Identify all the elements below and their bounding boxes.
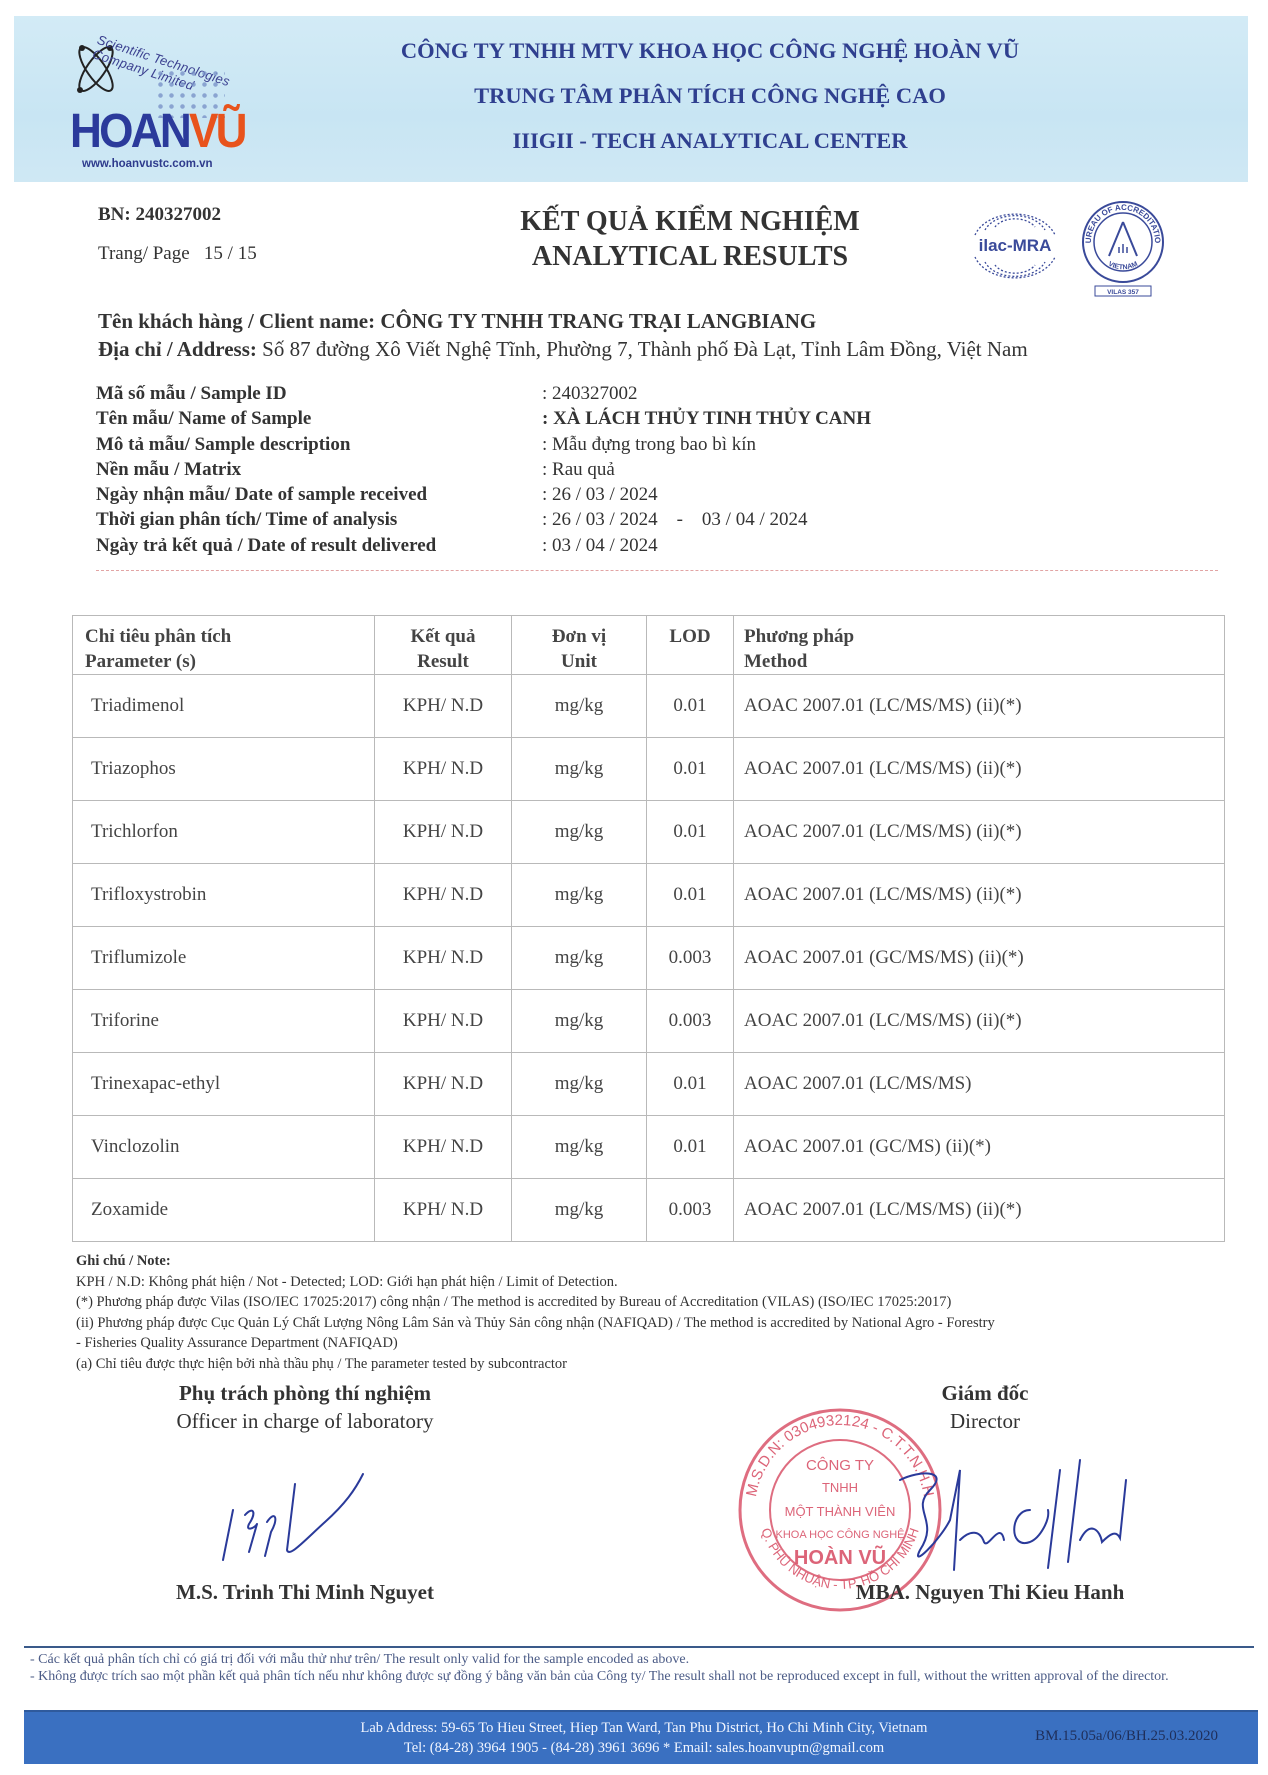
- cell-method: AOAC 2007.01 (LC/MS/MS) (ii)(*): [734, 1179, 1225, 1242]
- cell-method: AOAC 2007.01 (LC/MS/MS) (ii)(*): [734, 801, 1225, 864]
- cell-method: AOAC 2007.01 (LC/MS/MS) (ii)(*): [734, 864, 1225, 927]
- footer-band: Lab Address: 59-65 To Hieu Street, Hiep …: [24, 1710, 1258, 1764]
- cell-method: AOAC 2007.01 (GC/MS) (ii)(*): [734, 1116, 1225, 1179]
- client-address-label: Địa chỉ / Address:: [98, 337, 257, 361]
- document-title-en: ANALYTICAL RESULTS: [440, 239, 940, 274]
- director-name: MBA. Nguyen Thi Kieu Hanh: [820, 1580, 1160, 1605]
- cell-result: KPH/ N.D: [375, 927, 512, 990]
- sample-info-value: : Rau quả: [542, 457, 615, 482]
- cell-result: KPH/ N.D: [375, 675, 512, 738]
- cell-result: KPH/ N.D: [375, 1116, 512, 1179]
- cell-lod: 0.003: [647, 990, 734, 1053]
- table-row: TrifloxystrobinKPH/ N.Dmg/kg0.01AOAC 200…: [73, 864, 1225, 927]
- logo-url: www.hoanvustc.com.vn: [82, 158, 213, 170]
- sample-info-row: Mã số mẫu / Sample ID: 240327002: [96, 381, 871, 406]
- svg-text:CÔNG TY: CÔNG TY: [806, 1457, 874, 1474]
- bureau-accreditation-badge-icon: BUREAU OF ACCREDITATION VIETNAM VILAS 35…: [1073, 198, 1173, 298]
- cell-parameter: Triflumizole: [73, 927, 375, 990]
- table-header-row: Chỉ tiêu phân tíchParameter (s) Kết quảR…: [73, 616, 1225, 675]
- sample-info-row: Ngày nhận mẫu/ Date of sample received: …: [96, 482, 871, 507]
- header-unit: Đơn vịUnit: [512, 616, 647, 675]
- header-result: Kết quảResult: [375, 616, 512, 675]
- table-row: ZoxamideKPH/ N.Dmg/kg0.003AOAC 2007.01 (…: [73, 1179, 1225, 1242]
- cell-method: AOAC 2007.01 (LC/MS/MS) (ii)(*): [734, 738, 1225, 801]
- cell-parameter: Vinclozolin: [73, 1116, 375, 1179]
- director-signature-icon: [880, 1450, 1140, 1580]
- results-table: Chỉ tiêu phân tíchParameter (s) Kết quảR…: [72, 615, 1225, 1242]
- cell-unit: mg/kg: [512, 738, 647, 801]
- page-label: Trang/ Page: [98, 243, 190, 264]
- sample-info-row: Tên mẫu/ Name of Sample: XÀ LÁCH THỦY TI…: [96, 406, 871, 431]
- table-row: VinclozolinKPH/ N.Dmg/kg0.01AOAC 2007.01…: [73, 1116, 1225, 1179]
- company-name: CÔNG TY TNHH MTV KHOA HỌC CÔNG NGHỆ HOÀN…: [330, 36, 1090, 81]
- cell-lod: 0.01: [647, 864, 734, 927]
- lab-officer-name: M.S. Trinh Thi Minh Nguyet: [140, 1580, 470, 1605]
- cell-result: KPH/ N.D: [375, 1179, 512, 1242]
- sample-info-label: Nền mẫu / Matrix: [96, 457, 542, 482]
- cell-lod: 0.003: [647, 927, 734, 990]
- sample-info-value: : 240327002: [542, 381, 638, 406]
- cell-lod: 0.01: [647, 801, 734, 864]
- sample-info-value: : XÀ LÁCH THỦY TINH THỦY CANH: [542, 406, 871, 431]
- lab-address: Lab Address: 59-65 To Hieu Street, Hiep …: [294, 1718, 994, 1738]
- lab-contact: Lab Address: 59-65 To Hieu Street, Hiep …: [294, 1718, 994, 1758]
- cell-parameter: Trichlorfon: [73, 801, 375, 864]
- lab-phone-email: Tel: (84-28) 3964 1905 - (84-28) 3961 36…: [294, 1738, 994, 1758]
- ilac-mra-badge-icon: ilac-MRA: [960, 200, 1070, 290]
- header-method: Phương phápMethod: [734, 616, 1225, 675]
- cell-lod: 0.01: [647, 675, 734, 738]
- note-line: - Fisheries Quality Assurance Department…: [76, 1333, 1236, 1354]
- sample-info-value: : 26 / 03 / 2024 - 03 / 04 / 2024: [542, 507, 807, 532]
- client-name-value: CÔNG TY TNHH TRANG TRẠI LANGBIANG: [380, 309, 816, 333]
- logo-brand-vu: VŨ: [189, 105, 245, 158]
- company-logo: Scientific Technologies Company Limited …: [60, 28, 260, 176]
- client-address-value: Số 87 đường Xô Viết Nghệ Tĩnh, Phường 7,…: [262, 337, 1028, 361]
- table-row: Trinexapac-ethylKPH/ N.Dmg/kg0.01AOAC 20…: [73, 1053, 1225, 1116]
- table-row: TriforineKPH/ N.Dmg/kg0.003AOAC 2007.01 …: [73, 990, 1225, 1053]
- cell-unit: mg/kg: [512, 1179, 647, 1242]
- svg-text:VIETNAM: VIETNAM: [1107, 261, 1139, 272]
- sample-info-value: : 03 / 04 / 2024: [542, 533, 658, 558]
- sample-info-label: Mô tả mẫu/ Sample description: [96, 432, 542, 457]
- header-parameter: Chỉ tiêu phân tíchParameter (s): [73, 616, 375, 675]
- cell-result: KPH/ N.D: [375, 1053, 512, 1116]
- header-lod: LOD: [647, 616, 734, 675]
- table-row: TriazophosKPH/ N.Dmg/kg0.01AOAC 2007.01 …: [73, 738, 1225, 801]
- note-line: (*) Phương pháp được Vilas (ISO/IEC 1702…: [76, 1292, 1236, 1313]
- svg-text:TNHH: TNHH: [822, 1480, 858, 1495]
- svg-text:ilac-MRA: ilac-MRA: [979, 236, 1052, 255]
- lab-officer-title-en: Officer in charge of laboratory: [140, 1407, 470, 1435]
- center-name-en: IIIGII - TECH ANALYTICAL CENTER: [330, 126, 1090, 171]
- cell-parameter: Zoxamide: [73, 1179, 375, 1242]
- cell-lod: 0.01: [647, 1116, 734, 1179]
- client-address: Địa chỉ / Address: Số 87 đường Xô Viết N…: [98, 337, 1028, 362]
- notes: Ghi chú / Note: KPH / N.D: Không phát hi…: [76, 1251, 1236, 1374]
- cell-unit: mg/kg: [512, 675, 647, 738]
- svg-text:HOÀN VŨ: HOÀN VŨ: [794, 1545, 886, 1569]
- cell-unit: mg/kg: [512, 801, 647, 864]
- page-value: 15 / 15: [204, 243, 257, 264]
- page-number: Trang/ Page 15 / 15: [98, 243, 257, 265]
- cell-result: KPH/ N.D: [375, 738, 512, 801]
- note-line: KPH / N.D: Không phát hiện / Not - Detec…: [76, 1272, 1236, 1293]
- cell-result: KPH/ N.D: [375, 864, 512, 927]
- svg-text:VILAS 357: VILAS 357: [1107, 289, 1139, 296]
- cell-parameter: Triadimenol: [73, 675, 375, 738]
- lab-officer-title-vi: Phụ trách phòng thí nghiệm: [140, 1379, 470, 1407]
- sample-info-label: Mã số mẫu / Sample ID: [96, 381, 542, 406]
- footer-note: - Các kết quả phân tích chỉ có giá trị đ…: [30, 1651, 1255, 1668]
- sample-info-row: Ngày trả kết quả / Date of result delive…: [96, 533, 871, 558]
- cell-parameter: Trifloxystrobin: [73, 864, 375, 927]
- cell-unit: mg/kg: [512, 927, 647, 990]
- note-line: (a) Chỉ tiêu được thực hiện bởi nhà thầu…: [76, 1354, 1236, 1375]
- sample-info-label: Ngày trả kết quả / Date of result delive…: [96, 533, 542, 558]
- sample-info-row: Thời gian phân tích/ Time of analysis: 2…: [96, 507, 871, 532]
- logo-brand: HOANVŨ: [70, 108, 245, 156]
- sample-info-value: : Mẫu đựng trong bao bì kín: [542, 432, 756, 457]
- cell-method: AOAC 2007.01 (LC/MS/MS) (ii)(*): [734, 675, 1225, 738]
- lab-officer-title: Phụ trách phòng thí nghiệm Officer in ch…: [140, 1379, 470, 1435]
- sample-info-label: Ngày nhận mẫu/ Date of sample received: [96, 482, 542, 507]
- cell-method: AOAC 2007.01 (GC/MS/MS) (ii)(*): [734, 927, 1225, 990]
- sample-info: Mã số mẫu / Sample ID: 240327002Tên mẫu/…: [96, 381, 871, 558]
- cell-parameter: Trinexapac-ethyl: [73, 1053, 375, 1116]
- cell-parameter: Triforine: [73, 990, 375, 1053]
- center-name-vi: TRUNG TÂM PHÂN TÍCH CÔNG NGHỆ CAO: [330, 81, 1090, 126]
- svg-text:MỘT THÀNH VIÊN: MỘT THÀNH VIÊN: [785, 1504, 896, 1519]
- cell-parameter: Triazophos: [73, 738, 375, 801]
- cell-result: KPH/ N.D: [375, 801, 512, 864]
- table-row: TriadimenolKPH/ N.Dmg/kg0.01AOAC 2007.01…: [73, 675, 1225, 738]
- table-row: TrichlorfonKPH/ N.Dmg/kg0.01AOAC 2007.01…: [73, 801, 1225, 864]
- logo-brand-hoan: HOAN: [70, 105, 189, 158]
- footer-note: - Không được trích sao một phần kết quả …: [30, 1668, 1255, 1685]
- batch-number: BN: 240327002: [98, 204, 221, 226]
- sample-info-label: Tên mẫu/ Name of Sample: [96, 406, 542, 431]
- cell-unit: mg/kg: [512, 1116, 647, 1179]
- footer-divider: [24, 1646, 1254, 1648]
- document-title-vi: KẾT QUẢ KIỂM NGHIỆM: [440, 204, 940, 239]
- cell-unit: mg/kg: [512, 990, 647, 1053]
- note-line: (ii) Phương pháp được Cục Quản Lý Chất L…: [76, 1313, 1236, 1334]
- sample-info-row: Mô tả mẫu/ Sample description: Mẫu đựng …: [96, 432, 871, 457]
- client-name: Tên khách hàng / Client name: CÔNG TY TN…: [98, 309, 816, 334]
- notes-title: Ghi chú / Note:: [76, 1251, 1236, 1272]
- cell-unit: mg/kg: [512, 864, 647, 927]
- sample-info-label: Thời gian phân tích/ Time of analysis: [96, 507, 542, 532]
- client-name-label: Tên khách hàng / Client name:: [98, 309, 375, 333]
- footer-notes: - Các kết quả phân tích chỉ có giá trị đ…: [30, 1651, 1255, 1685]
- cell-lod: 0.01: [647, 738, 734, 801]
- cell-method: AOAC 2007.01 (LC/MS/MS) (ii)(*): [734, 990, 1225, 1053]
- lab-officer-signature-icon: [205, 1440, 425, 1570]
- sample-info-value: : 26 / 03 / 2024: [542, 482, 658, 507]
- divider: [96, 570, 1218, 571]
- header-titles: CÔNG TY TNHH MTV KHOA HỌC CÔNG NGHỆ HOÀN…: [330, 36, 1090, 171]
- form-code: BM.15.05a/06/BH.25.03.2020: [1035, 1728, 1218, 1745]
- table-row: TriflumizoleKPH/ N.Dmg/kg0.003AOAC 2007.…: [73, 927, 1225, 990]
- document-title: KẾT QUẢ KIỂM NGHIỆM ANALYTICAL RESULTS: [440, 204, 940, 274]
- sample-info-row: Nền mẫu / Matrix: Rau quả: [96, 457, 871, 482]
- cell-result: KPH/ N.D: [375, 990, 512, 1053]
- cell-lod: 0.01: [647, 1053, 734, 1116]
- cell-unit: mg/kg: [512, 1053, 647, 1116]
- cell-lod: 0.003: [647, 1179, 734, 1242]
- cell-method: AOAC 2007.01 (LC/MS/MS): [734, 1053, 1225, 1116]
